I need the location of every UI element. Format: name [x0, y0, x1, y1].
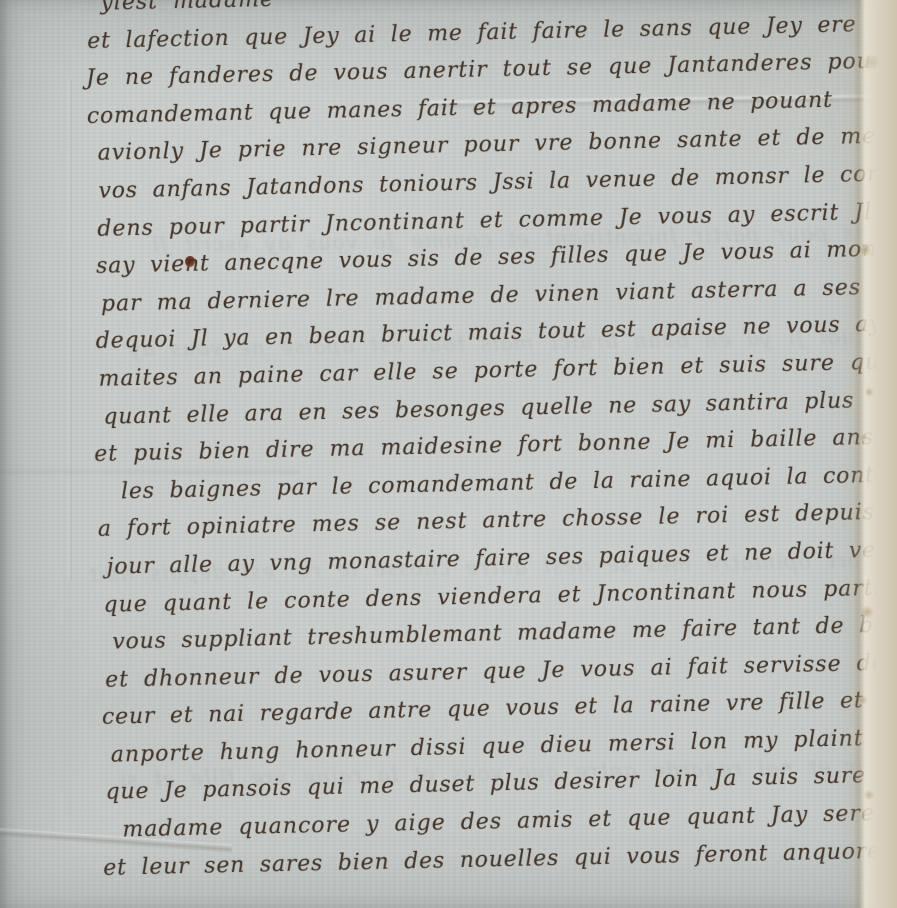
page-edge-stains [851, 0, 885, 908]
manuscript-photo: dens pour partir Jncontinant et comme Je… [0, 0, 897, 908]
letter-text-block: ylest madame et lafection que Jey ai le … [86, 0, 897, 887]
paper-crease-vertical [68, 80, 72, 580]
